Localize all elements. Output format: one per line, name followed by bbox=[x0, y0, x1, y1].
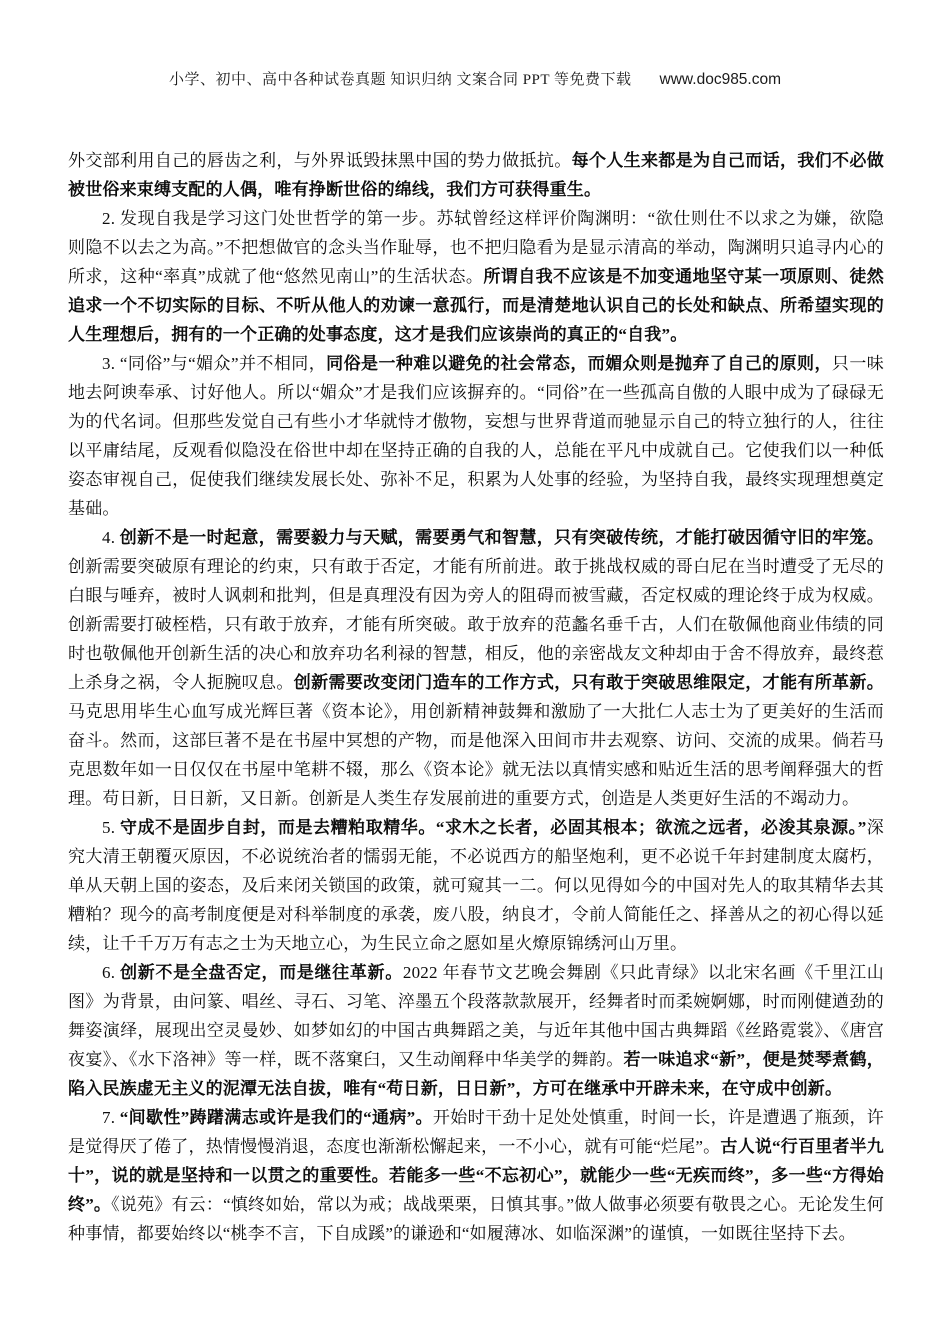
paragraph: 4. 创新不是一时起意，需要毅力与天赋，需要勇气和智慧，只有突破传统，才能打破因… bbox=[68, 523, 884, 813]
page-header: 小学、初中、高中各种试卷真题 知识归纳 文案合同 PPT 等免费下载www.do… bbox=[0, 0, 950, 90]
text-run: 马克思用毕生心血写成光辉巨著《资本论》，用创新精神鼓舞和激励了一大批仁人志士为了… bbox=[68, 702, 884, 808]
paragraph: 5. 守成不是固步自封，而是去糟粕取精华。“求木之长者，必固其根本；欲流之远者，… bbox=[68, 813, 884, 958]
text-run: 外交部利用自己的唇齿之利，与外界诋毁抹黑中国的势力做抵抗。 bbox=[68, 151, 572, 170]
text-run: 只一味地去阿谀奉承、讨好他人。所以“媚众”才是我们应该摒弃的。“同俗”在一些孤高… bbox=[68, 354, 884, 518]
text-run: 创新需要突破原有理论的约束，只有敢于否定，才能有所前进。敢于挑战权威的哥白尼在当… bbox=[68, 557, 884, 692]
paragraph: 7. “间歇性”踌躇满志或许是我们的“通病”。开始时干劲十足处处慎重，时间一长，… bbox=[68, 1103, 884, 1248]
text-run: 《说苑》有云：“慎终如始，常以为戒；战战栗栗，日慎其事。”做人做事必须要有敬畏之… bbox=[68, 1195, 884, 1243]
document-page: 小学、初中、高中各种试卷真题 知识归纳 文案合同 PPT 等免费下载www.do… bbox=[0, 0, 950, 1344]
document-body: 外交部利用自己的唇齿之利，与外界诋毁抹黑中国的势力做抵抗。每个人生来都是为自己而… bbox=[68, 146, 884, 1248]
paragraph: 外交部利用自己的唇齿之利，与外界诋毁抹黑中国的势力做抵抗。每个人生来都是为自己而… bbox=[68, 146, 884, 204]
paragraph: 6. 创新不是全盘否定，而是继往革新。2022 年春节文艺晚会舞剧《只此青绿》以… bbox=[68, 958, 884, 1103]
text-run: 7. bbox=[102, 1108, 120, 1127]
text-run-bold: 创新需要改变闭门造车的工作方式，只有敢于突破思维限定，才能有所革新。 bbox=[294, 673, 884, 692]
header-site-url: www.doc985.com bbox=[660, 71, 781, 88]
text-run-bold: 创新不是全盘否定，而是继往革新。 bbox=[120, 963, 403, 982]
text-run-bold: 创新不是一时起意，需要毅力与天赋，需要勇气和智慧，只有突破传统，才能打破因循守旧… bbox=[120, 528, 884, 547]
text-run: 3. “同俗”与“媚众”并不相同， bbox=[102, 354, 326, 373]
paragraph: 3. “同俗”与“媚众”并不相同，同俗是一种难以避免的社会常态，而媚众则是抛弃了… bbox=[68, 349, 884, 523]
header-site-title: 小学、初中、高中各种试卷真题 知识归纳 文案合同 PPT 等免费下载 bbox=[169, 72, 632, 88]
text-run-bold: 同俗是一种难以避免的社会常态，而媚众则是抛弃了自己的原则， bbox=[326, 354, 832, 373]
text-run-bold: 守成不是固步自封，而是去糟粕取精华。“求木之长者，必固其根本；欲流之远者，必浚其… bbox=[120, 818, 866, 837]
text-run: 深究大清王朝覆灭原因，不必说统治者的懦弱无能，不必说西方的船坚炮利，更不必说千年… bbox=[68, 818, 884, 953]
text-run: 4. bbox=[102, 528, 120, 547]
text-run-bold: “间歇性”踌躇满志或许是我们的“通病”。 bbox=[120, 1108, 433, 1127]
text-run: 5. bbox=[102, 818, 120, 837]
paragraph: 2. 发现自我是学习这门处世哲学的第一步。苏轼曾经这样评价陶渊明：“欲仕则仕不以… bbox=[68, 204, 884, 349]
text-run: 6. bbox=[102, 963, 120, 982]
